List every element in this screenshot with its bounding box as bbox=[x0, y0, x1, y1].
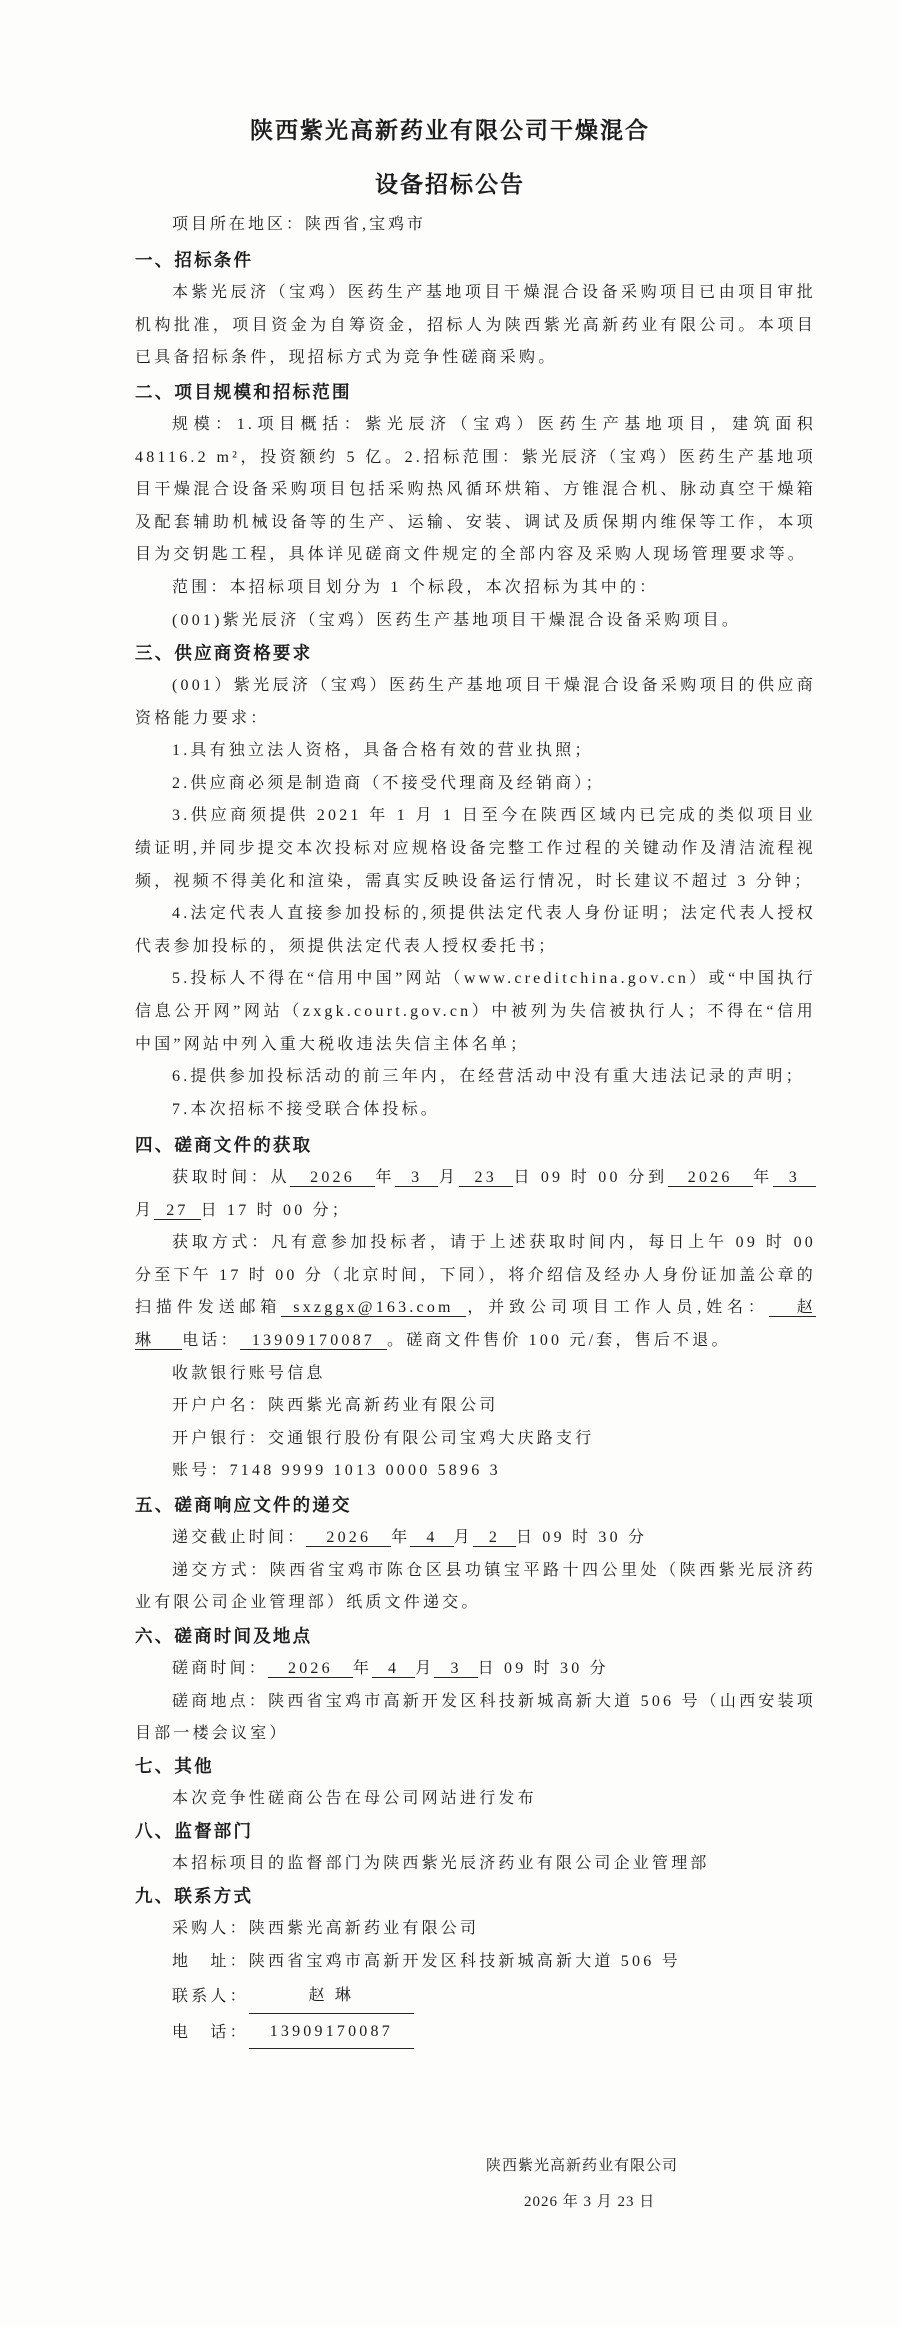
section-6-heading: 六、磋商时间及地点 bbox=[135, 1620, 816, 1653]
section-2-lot-paragraph: (001)紫光辰济（宝鸡）医药生产基地项目干燥混合设备采购项目。 bbox=[135, 605, 816, 638]
submission-method-line: 递交方式：陕西省宝鸡市陈仓区县功镇宝平路十四公里处（陕西紫光辰济药业有限公司企业… bbox=[135, 1555, 816, 1620]
project-location-line: 项目所在地区：陕西省,宝鸡市 bbox=[172, 211, 426, 234]
acquisition-end-day: 27 bbox=[154, 1202, 200, 1220]
contact-person-line: 联系人：赵 琳 bbox=[135, 1980, 816, 2014]
section-7-others: 七、其他 本次竞争性磋商公告在母公司网站进行发布 bbox=[135, 1750, 816, 1816]
acquisition-start-day: 23 bbox=[459, 1169, 513, 1187]
submission-deadline-line: 递交截止时间：2026年4月2日 09 时 30 分 bbox=[135, 1522, 816, 1555]
phone-label: 电 话： bbox=[172, 2024, 249, 2041]
section-1-paragraph: 本紫光辰济（宝鸡）医药生产基地项目干燥混合设备采购项目已由项目审批机构批准，项目… bbox=[135, 277, 816, 375]
acquisition-end-month: 3 bbox=[773, 1169, 816, 1187]
submission-day: 2 bbox=[473, 1529, 516, 1547]
qualification-item-2: 2.供应商必须是制造商（不接受代理商及经销商）； bbox=[135, 768, 816, 801]
section-3-supplier-qualifications: 三、供应商资格要求 (001）紫光辰济（宝鸡）医药生产基地项目干燥混合设备采购项… bbox=[135, 637, 816, 1126]
submission-year: 2026 bbox=[306, 1529, 391, 1547]
section-6-negotiation-time-place: 六、磋商时间及地点 磋商时间：2026年4月3日 09 时 30 分 磋商地点：… bbox=[135, 1620, 816, 1751]
contact-phone-number: 13909170087 bbox=[240, 1332, 387, 1350]
negotiation-place-line: 磋商地点：陕西省宝鸡市高新开发区科技新城高新大道 506 号（山西安装项目部一楼… bbox=[135, 1686, 816, 1751]
buyer-line: 采购人：陕西紫光高新药业有限公司 bbox=[135, 1913, 816, 1946]
section-5-response-submission: 五、磋商响应文件的递交 递交截止时间：2026年4月2日 09 时 30 分 递… bbox=[135, 1489, 816, 1620]
bank-account-number-line: 账号：7148 9999 1013 0000 5896 3 bbox=[135, 1455, 816, 1488]
section-3-intro-paragraph: (001）紫光辰济（宝鸡）医药生产基地项目干燥混合设备采购项目的供应商资格能力要… bbox=[135, 670, 816, 735]
tender-announcement-document: 陕西紫光高新药业有限公司干燥混合 设备招标公告 项目所在地区：陕西省,宝鸡市 一… bbox=[0, 0, 900, 2327]
document-title-line-1: 陕西紫光高新药业有限公司干燥混合 bbox=[0, 112, 900, 145]
contact-email: sxzggx@163.com bbox=[281, 1299, 465, 1317]
section-9-contact-info: 九、联系方式 采购人：陕西紫光高新药业有限公司 地 址：陕西省宝鸡市高新开发区科… bbox=[135, 1880, 816, 2049]
contact-person-label: 联系人： bbox=[172, 1988, 249, 2005]
section-2-scale-paragraph: 规模：1.项目概括：紫光辰济（宝鸡）医药生产基地项目，建筑面积 48116.2 … bbox=[135, 409, 816, 572]
acquisition-start-month: 3 bbox=[395, 1169, 438, 1187]
qualification-item-4: 4.法定代表人直接参加投标的,须提供法定代表人身份证明；法定代表人授权代表参加投… bbox=[135, 898, 816, 963]
section-2-heading: 二、项目规模和招标范围 bbox=[135, 376, 816, 409]
section-9-heading: 九、联系方式 bbox=[135, 1880, 816, 1913]
section-4-heading: 四、磋商文件的获取 bbox=[135, 1129, 816, 1162]
acquisition-method-line: 获取方式：凡有意参加投标者，请于上述获取时间内，每日上午 09 时 00 分至下… bbox=[135, 1227, 816, 1357]
phone-line: 电 话：13909170087 bbox=[135, 2016, 816, 2050]
bank-branch-line: 开户银行：交通银行股份有限公司宝鸡大庆路支行 bbox=[135, 1423, 816, 1456]
section-2-project-scale-scope: 二、项目规模和招标范围 规模：1.项目概括：紫光辰济（宝鸡）医药生产基地项目，建… bbox=[135, 376, 816, 637]
section-4-document-acquisition: 四、磋商文件的获取 获取时间：从2026年3月23日 09 时 00 分到202… bbox=[135, 1129, 816, 1488]
qualification-item-7: 7.本次招标不接受联合体投标。 bbox=[135, 1094, 816, 1127]
negotiation-month: 4 bbox=[372, 1660, 415, 1678]
footer-date: 2026 年 3 月 23 日 bbox=[524, 2190, 655, 2211]
negotiation-time-line: 磋商时间：2026年4月3日 09 时 30 分 bbox=[135, 1653, 816, 1686]
acquisition-start-year: 2026 bbox=[290, 1169, 375, 1187]
submission-month: 4 bbox=[410, 1529, 453, 1547]
section-8-supervision-department: 八、监督部门 本招标项目的监督部门为陕西紫光辰济药业有限公司企业管理部 bbox=[135, 1815, 816, 1881]
negotiation-day: 3 bbox=[434, 1660, 477, 1678]
footer-company-signature: 陕西紫光高新药业有限公司 bbox=[486, 2154, 678, 2175]
section-7-paragraph: 本次竞争性磋商公告在母公司网站进行发布 bbox=[135, 1783, 816, 1816]
qualification-item-5: 5.投标人不得在“信用中国”网站（www.creditchina.gov.cn）… bbox=[135, 963, 816, 1061]
section-8-heading: 八、监督部门 bbox=[135, 1815, 816, 1848]
negotiation-year: 2026 bbox=[268, 1660, 353, 1678]
qualification-item-6: 6.提供参加投标活动的前三年内，在经营活动中没有重大违法记录的声明； bbox=[135, 1061, 816, 1094]
section-7-heading: 七、其他 bbox=[135, 1750, 816, 1783]
acquisition-time-prefix: 获取时间：从 bbox=[172, 1169, 290, 1186]
section-1-bidding-conditions: 一、招标条件 本紫光辰济（宝鸡）医药生产基地项目干燥混合设备采购项目已由项目审批… bbox=[135, 244, 816, 375]
contact-person-value: 赵 琳 bbox=[249, 1980, 414, 2014]
bank-info-title: 收款银行账号信息 bbox=[135, 1358, 816, 1391]
qualification-item-3: 3.供应商须提供 2021 年 1 月 1 日至今在陕西区域内已完成的类似项目业… bbox=[135, 800, 816, 898]
section-8-paragraph: 本招标项目的监督部门为陕西紫光辰济药业有限公司企业管理部 bbox=[135, 1848, 816, 1881]
bank-account-name-line: 开户户名：陕西紫光高新药业有限公司 bbox=[135, 1390, 816, 1423]
phone-value: 13909170087 bbox=[249, 2016, 414, 2050]
section-3-heading: 三、供应商资格要求 bbox=[135, 637, 816, 670]
section-1-heading: 一、招标条件 bbox=[135, 244, 816, 277]
acquisition-end-year: 2026 bbox=[668, 1169, 753, 1187]
section-5-heading: 五、磋商响应文件的递交 bbox=[135, 1489, 816, 1522]
acquisition-time-line: 获取时间：从2026年3月23日 09 时 00 分到2026年3月27日 17… bbox=[135, 1162, 816, 1227]
section-2-scope-paragraph: 范围：本招标项目划分为 1 个标段，本次招标为其中的： bbox=[135, 572, 816, 605]
qualification-item-1: 1.具有独立法人资格，具备合格有效的营业执照； bbox=[135, 735, 816, 768]
document-title-line-2: 设备招标公告 bbox=[0, 166, 900, 199]
address-line: 地 址：陕西省宝鸡市高新开发区科技新城高新大道 506 号 bbox=[135, 1946, 816, 1979]
